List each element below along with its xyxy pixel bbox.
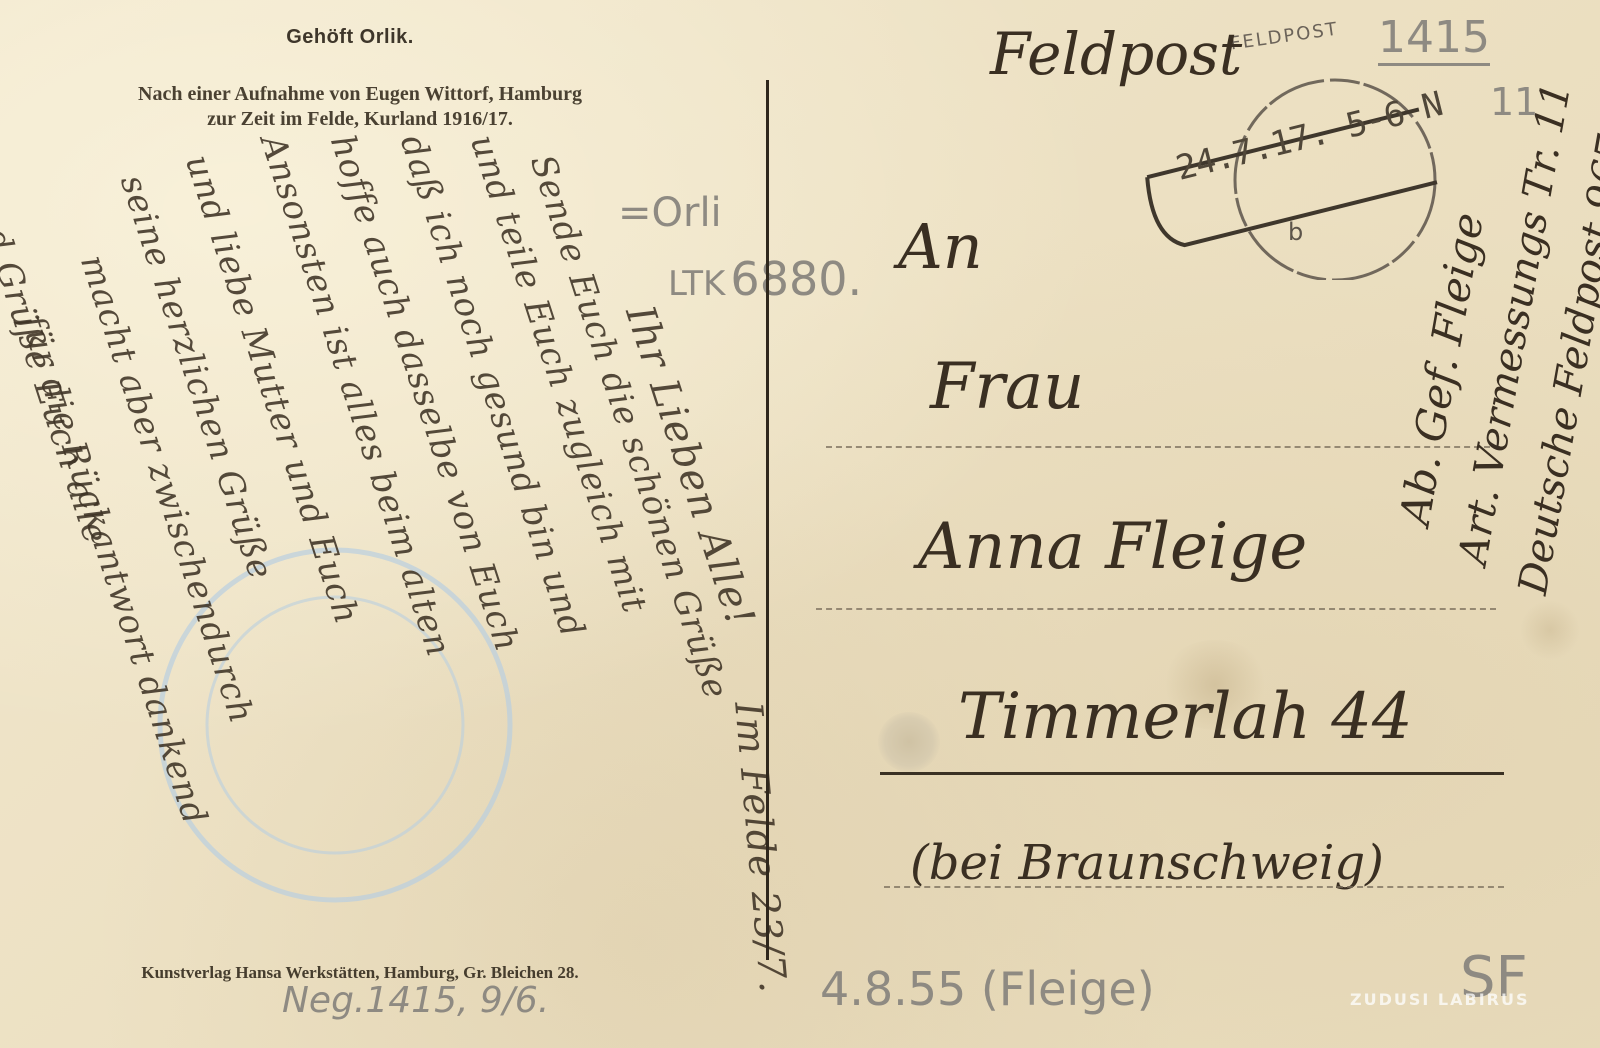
- address-to-label: An: [898, 210, 983, 283]
- pencil-date-note: 4.8.55 (Fleige): [820, 962, 1155, 1016]
- pencil-place-name: =Orli: [618, 190, 722, 236]
- address-street: Timmerlah 44: [958, 680, 1413, 754]
- message-address-divider: [766, 80, 769, 960]
- photo-credit-line2: zur Zeit im Felde, Kurland 1916/17.: [20, 107, 700, 132]
- message-place-date: Im Felde 23/7.: [726, 700, 795, 995]
- printed-title: Gehöft Orlik.: [0, 26, 700, 49]
- address-recipient-name: Anna Fleige: [918, 510, 1307, 584]
- service-label-feldpost: Feldpost: [990, 20, 1242, 88]
- paper-stain: [1520, 600, 1580, 660]
- address-line: [826, 446, 1500, 448]
- address-line: [816, 608, 1496, 610]
- postmark-letter: b: [1288, 218, 1303, 246]
- postcard: Gehöft Orlik. Nach einer Aufnahme von Eu…: [0, 0, 1600, 1048]
- address-line: [884, 886, 1504, 888]
- message-line: und Grüße Euch alle: [0, 180, 116, 549]
- archive-code-number: 6880.: [730, 252, 862, 306]
- address-city: (bei Braunschweig): [910, 835, 1384, 891]
- address-salutation: Frau: [930, 350, 1084, 424]
- pencil-negative-number: Neg.1415, 9/6.: [282, 980, 549, 1021]
- paper-stain: [878, 712, 940, 772]
- archive-code-prefix: LTK: [668, 264, 725, 304]
- photo-credit: Nach einer Aufnahme von Eugen Wittorf, H…: [20, 82, 700, 132]
- photo-credit-line1: Nach einer Aufnahme von Eugen Wittorf, H…: [20, 82, 700, 107]
- archive-watermark: ZUDUSI LABIRUS: [1350, 990, 1529, 1009]
- address-line-underline: [880, 772, 1504, 775]
